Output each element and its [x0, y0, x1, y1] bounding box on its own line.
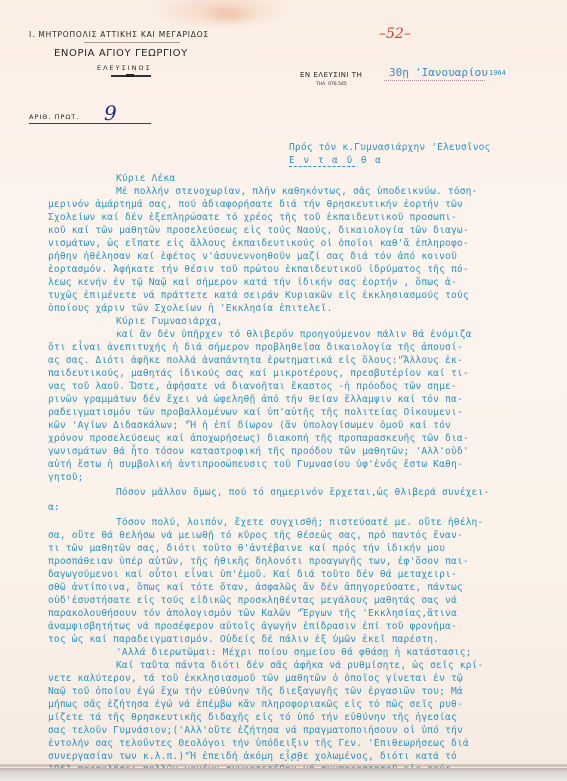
letterhead-metropolis: Ι. ΜΗΤΡΟΠΟΛΙΣ ΑΤΤΙΚΗΣ ΚΑΙ ΜΕΓΑΡΙΔΟΣ [29, 30, 209, 39]
letterhead-town: ΕΛΕΥΣΙΝΟΣ [97, 64, 152, 72]
body-line: προσπάθειαν ὑπέρ αὐτῶν, τῆς ἠθικῆς δηλον… [48, 555, 469, 568]
date-day: 30ῃ [389, 66, 409, 79]
body-line: τυχῶς ἐπιμένετε νά πράττετε κατά σειράν … [48, 289, 469, 302]
body-line: Σχολείων καί δέν ἐξεπληρώσατε τό χρέος τ… [48, 211, 457, 224]
body-line: συνεργασίαν των κ.λ.π.)"Ἡ ἐπειδή ἀκόμη ε… [48, 750, 457, 763]
body-line: νισμάτων, ὡς εἴπατε εἰς ἄλλους ἐκπαιδευτ… [48, 237, 469, 250]
body-line: ρινῶν γραμμάτων δέν ἔχει νά ὠφεληθῇ ἀπό … [48, 393, 463, 406]
body-line: τι τῶν μαθητῶν σας, διότι τοῦτο θ'ἀντέβα… [48, 542, 445, 555]
body-line: τος ὡς καί παραδειγματισμόν. Οὐδείς δέ π… [48, 633, 439, 646]
paper-stain [200, 5, 260, 25]
body-line: Καί ταῦτα πάντα διότι δέν σᾶς ἀφῆκα νά ρ… [116, 659, 483, 672]
body-line: κοῦ καί τῶν μαθητῶν προσελεύσεως εἰς τού… [48, 224, 469, 237]
body-line: ὅτι εἶναι ἀνεπιτυχής ἡ διά σήμερον προβλ… [48, 341, 463, 354]
body-line: γητοῦ; [48, 471, 84, 484]
date-year: 1964 [489, 69, 506, 77]
phone-number: ΤΗΛ. 076.545 [316, 82, 347, 87]
body-line: Κύριε Γυμνασιάρχα, [116, 315, 223, 328]
body-line: Τόσον πολύ, λοιπόν, ἔχετε συγχισθῆ; πιστ… [116, 516, 483, 529]
body-line: καί ἄν δέν ὑπῆρχεν τό θλιβερόν προηγούμε… [116, 328, 472, 341]
body-line: οὐδ'ἐσυστήσατε εἰς τούς εἰδικῶς προσκληθ… [48, 594, 457, 607]
body-line: νας τοῦ λαοῦ. Ὥστε, ἀφήσατε νά διανοῆται… [48, 380, 457, 393]
body-line: μερινόν ἁμάρτημά σας, πού ἀδιαφορήσατε δ… [48, 198, 463, 211]
body-line: Ναῷ τοῦ ὁποίου ἐγώ ἔχω τήν εὐθύνην τῆς δ… [48, 685, 463, 698]
body-line: ὁποίους χάριν τῶν Σχολείων ἡ 'Εκκλησία ἐ… [48, 302, 332, 315]
body-line: ἑορτασμόν. Ἀφήκατε τήν θέσιν τοῦ πρώτου … [48, 263, 469, 276]
letterhead-parish: ΕΝΟΡΙΑ ΑΓΙΟΥ ΓΕΩΡΓΙΟΥ [54, 48, 188, 59]
body-line: σα, οὔτε θά θελήσω νά μειωθῇ τό κῦρος τῆ… [48, 529, 463, 542]
body-line: κῶν 'Αγίων Διδασκάλων; "Ἤ ἡ ἐπί δίωρον (… [48, 419, 451, 432]
body-line: αὐτή ἔστω ἡ συμβολική ἀντιπροσώπευσις το… [48, 458, 463, 471]
body-line: σας τελοῦν Γυμνάσιον;('Αλλ'οὔτε ἐζήτησα … [48, 724, 463, 737]
body-line: Κύριε Λέκα [116, 172, 175, 185]
body-line: μήπως σᾶς ἐζήτησα ἐγώ νά ἐπέμβω κἄν πληρ… [48, 698, 463, 711]
protocol-underline [29, 123, 151, 124]
recipient-underline [289, 166, 355, 167]
body-line: νετε καλύτερον, τά τοῦ ἐκκλησιασμοῦ τῶν … [48, 672, 463, 685]
body-line: α: [48, 501, 60, 514]
page-number-mark: –52– [379, 26, 411, 42]
body-line: γωνισμάτων θά ἦτο τόσον καταστροφική τῆς… [48, 445, 469, 458]
letter-paper: Ι. ΜΗΤΡΟΠΟΛΙΣ ΑΤΤΙΚΗΣ ΚΑΙ ΜΕΓΑΡΙΔΟΣ ΕΝΟΡ… [0, 0, 567, 770]
body-line: Πόσον μᾶλλον ὅμως, πού τό σημερινόν ἔρχε… [116, 486, 489, 499]
body-line: παρακολουθήσουν τόν ἀπολογισμόν τῶν Καλῶ… [48, 607, 457, 620]
body-line: ἀναμφισβητήτως νά προσέφερον αὐτοῖς ἀγωγ… [48, 620, 457, 633]
body-line: ας σας. Διότι ἀφῆκε πολλά ἀναπάντητα ἐρω… [48, 354, 463, 367]
body-line: ἐντολήν σας τελοῦντες Θεολόγοι τήν ὑπόδε… [48, 737, 469, 750]
recipient-line: Πρός τόν κ.Γυμνασιάρχην 'Ελευσῖνος [289, 141, 490, 154]
body-line: μίζετε τά τῆς θρησκευτικῆς διδαχῆς εἰς τ… [48, 711, 457, 724]
body-line: σθῶ ἀντίποινα, ὅπως καί τότε ὅταν, ἀσφαλ… [48, 581, 463, 594]
dateline-label: ΕΝ ΕΛΕΥΣΙΝΙ ΤΗ [300, 71, 362, 79]
letterhead-rule [84, 42, 180, 43]
body-line: ραδειγματισμόν τῶν προβαλλομένων καί ὑπ'… [48, 406, 463, 419]
date-month: 'Ιανουαρίου [415, 66, 488, 79]
letterhead-ornament [126, 74, 134, 77]
body-line: λεως κενήν ἐν τῷ Ναῷ καί σήμερον κατά τή… [48, 276, 457, 289]
paper-fold [0, 764, 567, 767]
body-line: χρόνον προσελεύσεως καί ἀποχωρήσεως) δια… [48, 432, 469, 445]
body-line: Μέ πολλήν στενοχωρίαν, πλήν καθηκόντως, … [116, 185, 477, 198]
body-line: ρήθην ἠθέλησαν καί ἐφέτος ν'ἀσυνεννοηθοῦ… [48, 250, 457, 263]
body-line: 'Αλλά διερωτῶμαι: Μέχρι ποίου σημείου θά… [116, 646, 472, 659]
scan-bottom-edge [0, 768, 567, 781]
date-dotted-line [384, 80, 485, 81]
protocol-number: 9 [104, 101, 117, 125]
protocol-label: ΑΡΙΘ. ΠΡΩΤ. [29, 113, 79, 121]
body-line: δαγωγούμενοι καί οὗτοι εἶναι ὑπ'ἐμοῦ. Κα… [48, 568, 457, 581]
body-line: παιδευτικούς, μαθητάς ἰδικούς σας καί μι… [48, 367, 469, 380]
